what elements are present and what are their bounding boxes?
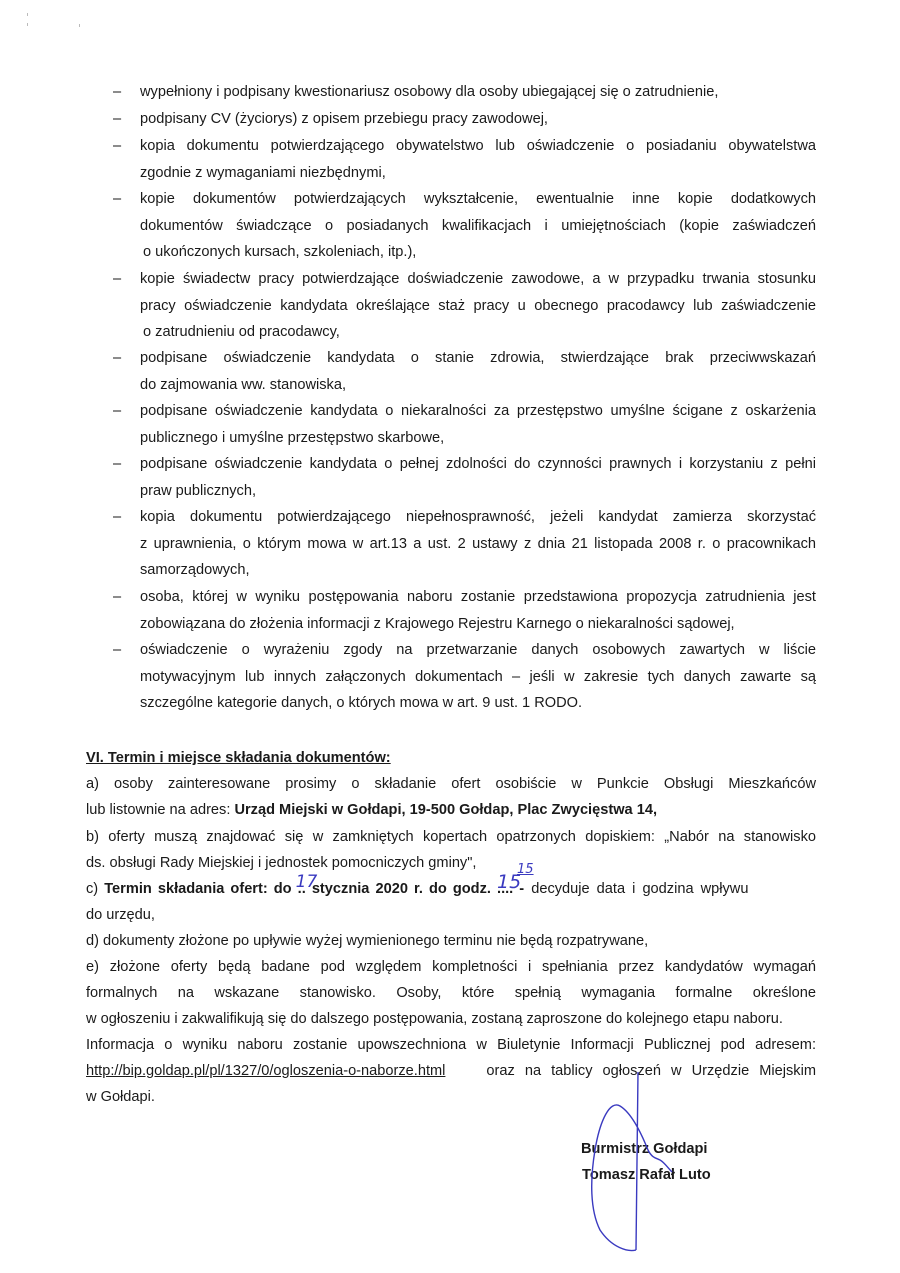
scan-artifact [27,23,28,26]
info-line3: w Gołdapi. [86,1088,155,1106]
requirement-line: dokumentów świadczące o posiadanych kwal… [140,217,816,235]
requirement-line: kopia dokumentu potwierdzającego niepełn… [140,508,816,526]
section-c-line1: c) Termin składania ofert: do 17.. stycz… [86,880,816,898]
requirement-line: osoba, której w wyniku postępowania nabo… [140,588,816,606]
deadline-day-field: 17.. [298,881,306,897]
section-a-line2: lub listownie na adres: Urząd Miejski w … [86,801,657,819]
bip-link[interactable]: http://bip.goldap.pl/pl/1327/0/ogloszeni… [86,1062,445,1080]
requirement-line: motywacyjnym lub innych załączonych doku… [140,668,816,686]
office-address: Urząd Miejski w Gołdapi, 19-500 Gołdap, … [234,802,657,818]
scan-artifact [79,24,80,27]
bullet-dash: – [113,190,121,208]
deadline-hour-field: 1515.... [497,881,513,897]
signature-name: Tomasz Rafał Luto [582,1166,711,1184]
requirement-line: podpisane oświadczenie kandydata o pełne… [140,455,816,473]
requirement-line: podpisany CV (życiorys) z opisem przebie… [140,110,548,128]
requirement-line: podpisane oświadczenie kandydata o stani… [140,349,816,367]
section-e-line2: formalnych na wskazane stanowisko. Osoby… [86,984,816,1002]
bullet-dash: – [113,508,121,526]
deadline-month: stycznia 2020 r. do godz. [306,881,497,897]
requirement-line: wypełniony i podpisany kwestionariusz os… [140,83,718,101]
requirement-line: kopia dokumentu potwierdzającego obywate… [140,137,816,155]
requirement-line: praw publicznych, [140,482,256,500]
section-b-line1: b) oferty muszą znajdować się w zamknięt… [86,828,816,846]
requirement-line: zgodnie z wymaganiami niezbędnymi, [140,164,386,182]
requirement-line: zobowiązana do złożenia informacji z Kra… [140,615,735,633]
requirement-line: do zajmowania ww. stanowiska, [140,376,346,394]
requirement-line: kopie świadectw pracy potwierdzające doś… [140,270,816,288]
requirement-line: podpisane oświadczenie kandydata o nieka… [140,402,816,420]
section-e-line1: e) złożone oferty będą badane pod względ… [86,958,816,976]
requirement-line: pracy oświadczenie kandydata określające… [140,297,816,315]
bullet-dash: – [113,137,121,155]
requirement-line: o ukończonych kursach, szkoleniach, itp.… [143,243,416,261]
document-page: –wypełniony i podpisany kwestionariusz o… [0,0,900,1273]
handwritten-minute: 15 [517,861,534,879]
section-c-line2: do urzędu, [86,906,155,924]
requirement-line: o zatrudnieniu od pracodawcy, [143,323,340,341]
bullet-dash: – [113,270,121,288]
section-d-line: d) dokumenty złożone po upływie wyżej wy… [86,932,648,950]
bullet-dash: – [113,455,121,473]
section-b-line2: ds. obsługi Rady Miejskiej i jednostek p… [86,854,476,872]
info-line2: http://bip.goldap.pl/pl/1327/0/ogloszeni… [86,1062,816,1080]
section-c-prefix: c) [86,881,104,897]
bullet-dash: – [113,588,121,606]
section-c-rest: decyduje data i godzina wpływu [524,881,748,897]
info-line1: Informacja o wyniku naboru zostanie upow… [86,1036,816,1054]
signature-title: Burmistrz Gołdapi [581,1140,708,1158]
section-e-line3: w ogłoszeniu i zakwalifikują się do dals… [86,1010,783,1028]
bullet-dash: – [113,349,121,367]
requirement-line: publicznego i umyślne przestępstwo skarb… [140,429,444,447]
section-heading: VI. Termin i miejsce składania dokumentó… [86,749,391,767]
section-a-line1: a) osoby zainteresowane prosimy o składa… [86,775,816,793]
requirement-line: szczególne kategorie danych, o których m… [140,694,582,712]
deadline-label: Termin składania ofert: do [104,881,297,897]
requirement-line: oświadczenie o wyrażeniu zgody na przetw… [140,641,816,659]
section-a-prefix: lub listownie na adres: [86,802,234,818]
handwritten-day: 17 [296,873,318,891]
bullet-dash: – [113,402,121,420]
bullet-dash: – [113,641,121,659]
bullet-dash: – [113,110,121,128]
info-line2-rest: oraz na tablicy ogłoszeń w Urzędzie Miej… [486,1062,816,1080]
scan-artifact [27,13,28,16]
requirement-line: kopie dokumentów potwierdzających wykszt… [140,190,816,208]
requirement-line: z uprawnienia, o którym mowa w art.13 a … [140,535,816,553]
requirement-line: samorządowych, [140,561,250,579]
bullet-dash: – [113,83,121,101]
